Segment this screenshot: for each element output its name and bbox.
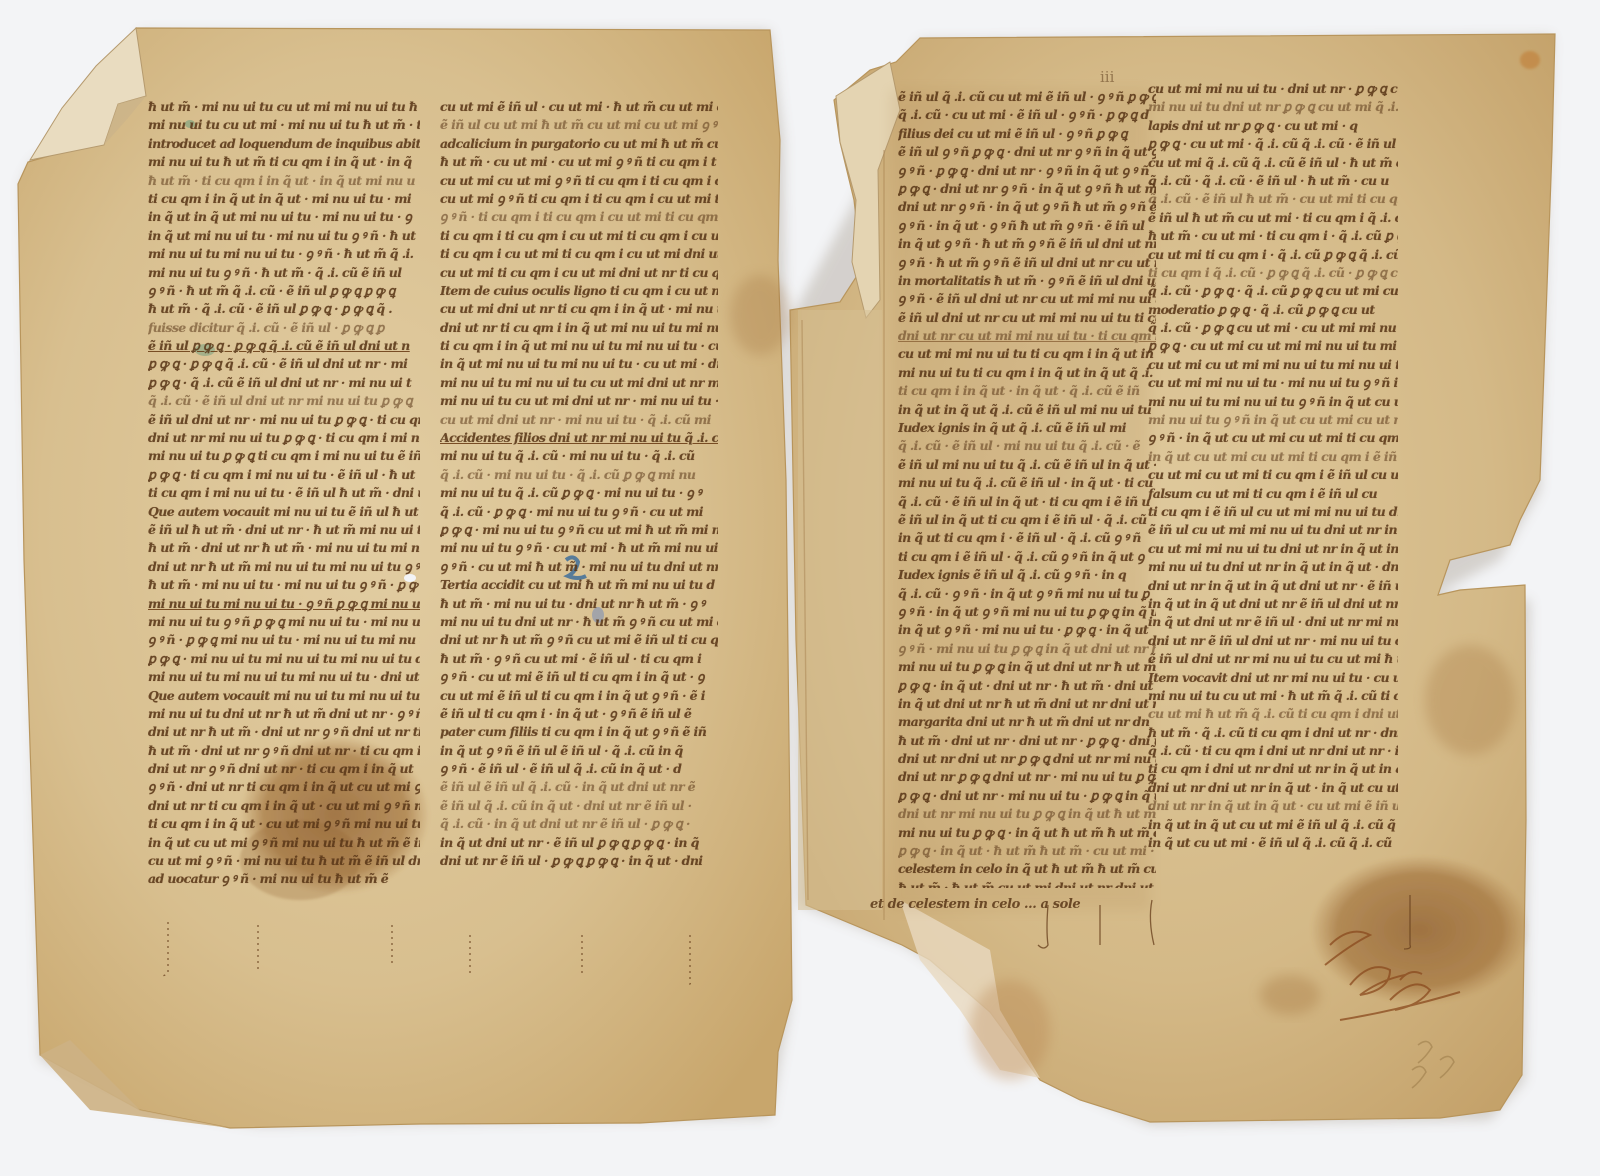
script-line: mi nu ui tu dni ut nr in q̃ ut in q̃ ut … [1148,558,1398,576]
script-line: cu ut mi ti cu qm i cu ut mi dni ut nr t… [440,264,718,282]
script-line: ti cu qm i cu ut mi ti cu qm i cu ut mi … [440,245,718,263]
script-line: mi nu ui tu q̃ .i. cũ ꝑ ꝙ ꝗ · mi nu ui t… [440,484,718,502]
script-line: ti cu qm i in q̃ ut in q̃ ut · mi nu ui … [148,190,420,208]
script-line: in q̃ ut mi nu ui tu · mi nu ui tu ꝯ ꝰ ñ… [148,227,420,245]
script-line: mi nu ui tu mi nu ui tu cu ut mi dni ut … [440,374,718,392]
script-line: q̃ .i. cũ · ꝑ ꝙ ꝗ · mi nu ui tu ꝯ ꝰ ñ · … [440,503,718,521]
script-line: ti cu qm i mi nu ui tu · ẽ iñ ul ħ ut m̃… [148,484,420,502]
script-line: cu ut mi ꝯ ꝰ ñ ti cu qm i ti cu qm i cu … [440,190,718,208]
script-line: cu ut mi mi nu ui tu · dni ut nr · ꝑ ꝙ ꝗ… [1148,80,1398,98]
script-line: ad uocatur ꝯ ꝰ ñ · mi nu ui tu ħ ut m̃ ẽ [148,870,420,888]
script-line: Accidentes filios dni ut nr mi nu ui tu … [440,429,718,447]
script-line: dni ut nr in q̃ ut in q̃ ut · cu ut mi ẽ… [1148,797,1398,815]
script-line: in q̃ ut cu ut mi · ẽ iñ ul q̃ .i. cũ q̃… [1148,834,1398,852]
script-line: in q̃ ut dni ut nr · ẽ iñ ul ꝑ ꝙ ꝗ ꝑ ꝙ ꝗ… [440,834,718,852]
script-line: ħ ut m̃ · dni ut nr ꝯ ꝰ ñ dni ut nr · ti… [148,742,420,760]
script-line: ꝯ ꝰ ñ · ti cu qm i ti cu qm i cu ut mi t… [440,208,718,226]
script-line: q̃ .i. cũ · ꝑ ꝙ ꝗ · q̃ .i. cũ ꝑ ꝙ ꝗ cu u… [1148,282,1398,300]
script-line: cu ut mi ti cu qm i · q̃ .i. cũ ꝑ ꝙ ꝗ q̃… [1148,246,1398,264]
right-leaf-last-line: et de celestem in celo ... a sole [870,897,1080,912]
script-line: ꝯ ꝰ ñ · in q̃ ut cu ut mi cu ut mi ti cu… [1148,429,1398,447]
script-line: Que autem vocauit mi nu ui tu ẽ iñ ul ħ … [148,503,420,521]
script-line: mi nu ui tu dni ut nr ꝑ ꝙ ꝗ cu ut mi q̃ … [1148,98,1398,116]
script-line: cu ut mi q̃ .i. cũ q̃ .i. cũ ẽ iñ ul · ħ… [1148,154,1398,172]
script-line: Tertia accidit cu ut mi ħ ut m̃ mi nu ui… [440,576,718,594]
script-line: in q̃ ut in q̃ ut mi nu ui tu · mi nu ui… [148,208,420,226]
script-line: q̃ .i. cũ · ꝯ ꝰ ñ · in q̃ ut ꝯ ꝰ ñ mi nu… [898,585,1156,603]
script-line: q̃ .i. cũ · ẽ iñ ul dni ut nr mi nu ui t… [148,392,420,410]
script-line: ẽ iñ ul ħ ut m̃ · dni ut nr · ħ ut m̃ mi… [148,521,420,539]
script-line: mi nu ui tu ꝯ ꝰ ñ · cu ut mi · ħ ut m̃ m… [440,539,718,557]
script-line: introducet ad loquendum de inquibus abit… [148,135,420,153]
script-line: cu ut mi cu ut mi mi nu ui tu mi nu ui t… [1148,356,1398,374]
script-line: dni ut nr ħ ut m̃ · dni ut nr ꝯ ꝰ ñ dni … [148,723,420,741]
script-line: ẽ iñ ul ẽ iñ ul q̃ .i. cũ · in q̃ ut dni… [440,778,718,796]
script-line: q̃ .i. cũ · ti cu qm i dni ut nr dni ut … [1148,742,1398,760]
script-line: ẽ iñ ul q̃ .i. cũ cu ut mi ẽ iñ ul · ꝯ ꝰ… [898,88,1156,106]
script-line: ꝑ ꝙ ꝗ · in q̃ ut · dni ut nr · ħ ut m̃ ·… [898,677,1156,695]
script-line: cu ut mi cu ut mi ti cu qm i ẽ iñ ul cu … [1148,466,1398,484]
script-line: q̃ .i. cũ · ẽ iñ ul ħ ut m̃ · cu ut mi t… [1148,190,1398,208]
script-line: cu ut mi cu ut mi ꝯ ꝰ ñ ti cu qm i ti cu… [440,172,718,190]
script-line: ẽ iñ ul ꝑ ꝙ ꝗ · ꝑ ꝙ ꝗ q̃ .i. cũ ẽ iñ ul … [148,337,420,355]
script-line: q̃ .i. cũ · ẽ iñ ul in q̃ ut · ti cu qm … [898,493,1156,511]
script-line: in q̃ ut cu ut mi cu ut mi ti cu qm i ẽ … [1148,448,1398,466]
script-line: ħ ut m̃ · dni ut nr · dni ut nr · ꝑ ꝙ ꝗ … [898,732,1156,750]
script-line: ħ ut m̃ · ħ ut m̃ cu ut mi dni ut nr dni… [898,879,1156,888]
script-line: cu ut mi mi nu ui tu dni ut nr in q̃ ut … [1148,540,1398,558]
script-line: fuisse dicitur q̃ .i. cũ · ẽ iñ ul · ꝑ ꝙ… [148,319,420,337]
script-line: ħ ut m̃ · ti cu qm i in q̃ ut · in q̃ ut… [148,172,420,190]
script-line: cu ut mi ẽ iñ ul ti cu qm i in q̃ ut ꝯ ꝰ… [440,687,718,705]
script-line: dni ut nr ẽ iñ ul · ꝑ ꝙ ꝗ ꝑ ꝙ ꝗ · in q̃ … [440,852,718,870]
script-line: ꝯ ꝰ ñ · in q̃ ut ꝯ ꝰ ñ mi nu ui tu ꝑ ꝙ ꝗ… [898,603,1156,621]
script-line: in q̃ ut mi nu ui tu mi nu ui tu · cu ut… [440,355,718,373]
script-line: Iudex ignis ẽ iñ ul q̃ .i. cũ ꝯ ꝰ ñ · in… [898,566,1156,584]
script-line: mi nu ui tu mi nu ui tu · ꝯ ꝰ ñ · ħ ut m… [148,245,420,263]
script-line: ꝯ ꝰ ñ · in q̃ ut · ꝯ ꝰ ñ ħ ut m̃ ꝯ ꝰ ñ ·… [898,217,1156,235]
script-line: ẽ iñ ul in q̃ ut ti cu qm i ẽ iñ ul · q̃… [898,511,1156,529]
script-line: in q̃ ut ꝯ ꝰ ñ · mi nu ui tu · ꝑ ꝙ ꝗ · i… [898,621,1156,639]
script-line: cu ut mi dni ut nr · mi nu ui tu · q̃ .i… [440,411,718,429]
script-line: ꝯ ꝰ ñ · ꝑ ꝙ ꝗ · dni ut nr · ꝯ ꝰ ñ in q̃ … [898,162,1156,180]
script-line: mi nu ui tu mi nu ui tu mi nu ui tu · dn… [148,668,420,686]
script-line: dni ut nr mi nu ui tu ꝑ ꝙ ꝗ · ti cu qm i… [148,429,420,447]
script-line: ꝑ ꝙ ꝗ · ꝑ ꝙ ꝗ q̃ .i. cũ · ẽ iñ ul dni ut… [148,355,420,373]
script-line: in q̃ ut in q̃ ut q̃ .i. cũ ẽ iñ ul mi n… [898,401,1156,419]
script-line: ti cu qm i in q̃ ut · cu ut mi ꝯ ꝰ ñ mi … [148,815,420,833]
script-line: dni ut nr cu ut mi mi nu ui tu · ti cu q… [898,327,1156,345]
script-line: q̃ .i. cũ · cu ut mi · ẽ iñ ul · ꝯ ꝰ ñ ·… [898,106,1156,124]
script-line: mi nu ui tu ti cu qm i in q̃ ut in q̃ ut… [898,364,1156,382]
script-line: ħ ut m̃ · dni ut nr ħ ut m̃ · mi nu ui t… [148,539,420,557]
script-line: dni ut nr ti cu qm i in q̃ ut · cu ut mi… [148,797,420,815]
script-line: dni ut nr ti cu qm i in q̃ ut mi nu ui t… [440,319,718,337]
script-line: in q̃ ut cu ut mi ꝯ ꝰ ñ mi nu ui tu ħ ut… [148,834,420,852]
script-line: ꝯ ꝰ ñ · cu ut mi ẽ iñ ul ti cu qm i in q… [440,668,718,686]
script-line: q̃ .i. cũ · q̃ .i. cũ · ẽ iñ ul · ħ ut m… [1148,172,1398,190]
script-line: ꝯ ꝰ ñ · ꝑ ꝙ ꝗ mi nu ui tu · mi nu ui tu … [148,631,420,649]
left-leaf-column-2: cu ut mi ẽ iñ ul · cu ut mi · ħ ut m̃ cu… [440,98,718,946]
script-line: ħ ut m̃ · mi nu ui tu · dni ut nr ħ ut m… [440,595,718,613]
script-line: ꝑ ꝙ ꝗ · ti cu qm i mi nu ui tu · ẽ iñ ul… [148,466,420,484]
script-line: ħ ut m̃ · q̃ .i. cũ ti cu qm i dni ut nr… [1148,724,1398,742]
script-line: ẽ iñ ul dni ut nr cu ut mi mi nu ui tu t… [898,309,1156,327]
script-line: ꝯ ꝰ ñ · mi nu ui tu ꝑ ꝙ ꝗ in q̃ ut dni u… [898,640,1156,658]
right-leaf-column-1: ẽ iñ ul q̃ .i. cũ cu ut mi ẽ iñ ul · ꝯ ꝰ… [898,88,1156,888]
script-line: cu ut mi ꝯ ꝰ ñ · mi nu ui tu ħ ut m̃ ẽ i… [148,852,420,870]
script-line: mi nu ui tu mi nu ui tu · ꝯ ꝰ ñ ꝑ ꝙ ꝗ mi… [148,595,420,613]
script-line: mi nu ui tu ꝯ ꝰ ñ · ħ ut m̃ · q̃ .i. cũ … [148,264,420,282]
script-line: ꝯ ꝰ ñ · cu ut mi ħ ut m̃ · mi nu ui tu d… [440,558,718,576]
script-line: ꝯ ꝰ ñ · ħ ut m̃ ꝯ ꝰ ñ ẽ iñ ul dni ut nr … [898,254,1156,272]
script-line: dni ut nr ħ ut m̃ mi nu ui tu mi nu ui t… [148,558,420,576]
script-line: Item de cuius oculis ligno ti cu qm i cu… [440,282,718,300]
script-line: dni ut nr ẽ iñ ul dni ut nr · mi nu ui t… [1148,632,1398,650]
script-line: ti cu qm i ti cu qm i cu ut mi ti cu qm … [440,227,718,245]
script-line: ħ ut m̃ · q̃ .i. cũ · ẽ iñ ul ꝑ ꝙ ꝗ · ꝑ … [148,300,420,318]
script-line: ẽ iñ ul cu ut mi mi nu ui tu dni ut nr i… [1148,521,1398,539]
script-line: ꝯ ꝰ ñ · ẽ iñ ul dni ut nr cu ut mi mi nu… [898,290,1156,308]
script-line: moderatio ꝑ ꝙ ꝗ · q̃ .i. cũ ꝑ ꝙ ꝗ cu ut [1148,301,1398,319]
script-line: dni ut nr ħ ut m̃ ꝯ ꝰ ñ cu ut mi ẽ iñ ul… [440,631,718,649]
script-line: ꝑ ꝙ ꝗ · q̃ .i. cũ ẽ iñ ul dni ut nr · mi… [148,374,420,392]
script-line: ħ ut m̃ · cu ut mi · cu ut mi ꝯ ꝰ ñ ti c… [440,153,718,171]
script-line: ꝯ ꝰ ñ · ħ ut m̃ q̃ .i. cũ · ẽ iñ ul ꝑ ꝙ … [148,282,420,300]
script-line: in q̃ ut in q̃ ut dni ut nr ẽ iñ ul dni … [1148,595,1398,613]
script-line: mi nu ui tu ꝑ ꝙ ꝗ · in q̃ ut ħ ut m̃ ħ u… [898,824,1156,842]
manuscript-photograph: iii ħ ut m̃ · mi nu ui tu cu ut mi mi nu… [0,0,1600,1176]
script-line: cu ut mi dni ut nr ti cu qm i in q̃ ut ·… [440,300,718,318]
script-line: celestem in celo in q̃ ut ħ ut m̃ ħ ut m… [898,860,1156,878]
script-line: in mortalitatis ħ ut m̃ · ꝯ ꝰ ñ ẽ iñ ul … [898,272,1156,290]
script-line: ẽ iñ ul ti cu qm i · in q̃ ut · ꝯ ꝰ ñ ẽ … [440,705,718,723]
script-line: ẽ iñ ul mi nu ui tu q̃ .i. cũ ẽ iñ ul in… [898,456,1156,474]
script-line: q̃ .i. cũ · ꝑ ꝙ ꝗ cu ut mi · cu ut mi mi… [1148,319,1398,337]
script-line: dni ut nr mi nu ui tu ꝑ ꝙ ꝗ in q̃ ut ħ u… [898,805,1156,823]
script-line: cu ut mi ẽ iñ ul · cu ut mi · ħ ut m̃ cu… [440,98,718,116]
script-line: ꝑ ꝙ ꝗ · dni ut nr ꝯ ꝰ ñ · in q̃ ut ꝯ ꝰ ñ… [898,180,1156,198]
script-line: ꝑ ꝙ ꝗ · in q̃ ut · ħ ut m̃ ħ ut m̃ · cu … [898,842,1156,860]
script-line: cu ut mi mi nu ui tu · mi nu ui tu ꝯ ꝰ ñ… [1148,374,1398,392]
script-line: mi nu ui tu cu ut mi dni ut nr · mi nu u… [440,392,718,410]
script-line: dni ut nr ꝑ ꝙ ꝗ dni ut nr · mi nu ui tu … [898,768,1156,786]
script-line: ti cu qm i ẽ iñ ul · q̃ .i. cũ ꝯ ꝰ ñ in … [898,548,1156,566]
script-line: q̃ .i. cũ · mi nu ui tu · q̃ .i. cũ ꝑ ꝙ … [440,466,718,484]
script-line: ti cu qm i in q̃ ut · in q̃ ut · q̃ .i. … [898,382,1156,400]
script-line: ꝑ ꝙ ꝗ · cu ut mi · q̃ .i. cũ q̃ .i. cũ ·… [1148,135,1398,153]
script-line: falsum cu ut mi ti cu qm i ẽ iñ ul cu [1148,485,1398,503]
script-line: lapis dni ut nr ꝑ ꝙ ꝗ · cu ut mi · q [1148,117,1398,135]
script-line: dni ut nr ꝯ ꝰ ñ · in q̃ ut ꝯ ꝰ ñ ħ ut m̃… [898,198,1156,216]
script-line: ẽ iñ ul q̃ .i. cũ in q̃ ut · dni ut nr ẽ… [440,797,718,815]
script-line: in q̃ ut ti cu qm i · ẽ iñ ul · q̃ .i. c… [898,529,1156,547]
script-line: q̃ .i. cũ · ẽ iñ ul · mi nu ui tu q̃ .i.… [898,437,1156,455]
script-line: Que autem vocauit mi nu ui tu mi nu ui t… [148,687,420,705]
script-line: in q̃ ut ꝯ ꝰ ñ ẽ iñ ul ẽ iñ ul · q̃ .i. … [440,742,718,760]
script-line: mi nu ui tu ꝑ ꝙ ꝗ in q̃ ut dni ut nr ħ u… [898,658,1156,676]
script-line: adcalicium in purgatorio cu ut mi ħ ut m… [440,135,718,153]
script-line: ti cu qm i in q̃ ut mi nu ui tu mi nu ui… [440,337,718,355]
script-line: mi nu ui tu cu ut mi · ħ ut m̃ q̃ .i. cũ… [1148,687,1398,705]
script-line: ꝯ ꝰ ñ · dni ut nr ti cu qm i in q̃ ut cu… [148,778,420,796]
script-line: filius dei cu ut mi ẽ iñ ul · ꝯ ꝰ ñ ꝑ ꝙ … [898,125,1156,143]
script-line: mi nu ui tu dni ut nr · ħ ut m̃ ꝯ ꝰ ñ cu… [440,613,718,631]
script-line: pater cum filiis ti cu qm i in q̃ ut ꝯ ꝰ… [440,723,718,741]
script-line: in q̃ ut ꝯ ꝰ ñ · ħ ut m̃ ꝯ ꝰ ñ ẽ iñ ul d… [898,235,1156,253]
right-leaf-column-2: cu ut mi mi nu ui tu · dni ut nr · ꝑ ꝙ ꝗ… [1148,80,1398,900]
script-line: ꝑ ꝙ ꝗ · dni ut nr · mi nu ui tu · ꝑ ꝙ ꝗ … [898,787,1156,805]
script-line: ẽ iñ ul ꝯ ꝰ ñ ꝑ ꝙ ꝗ · dni ut nr ꝯ ꝰ ñ in… [898,143,1156,161]
script-line: ꝑ ꝙ ꝗ · mi nu ui tu ꝯ ꝰ ñ cu ut mi ħ ut … [440,521,718,539]
script-line: ꝯ ꝰ ñ · ẽ iñ ul · ẽ iñ ul q̃ .i. cũ in q… [440,760,718,778]
script-line: in q̃ ut dni ut nr ẽ iñ ul · dni ut nr m… [1148,613,1398,631]
script-line: mi nu ui tu dni ut nr ħ ut m̃ dni ut nr … [148,705,420,723]
script-line: mi nu ui tu ꝑ ꝙ ꝗ ti cu qm i mi nu ui tu… [148,447,420,465]
script-line: in q̃ ut dni ut nr ħ ut m̃ dni ut nr dni… [898,695,1156,713]
script-line: ꝑ ꝙ ꝗ · mi nu ui tu mi nu ui tu mi nu ui… [148,650,420,668]
script-line: ti cu qm i q̃ .i. cũ · ꝑ ꝙ ꝗ q̃ .i. cũ ·… [1148,264,1398,282]
script-line: ħ ut m̃ · cu ut mi · ti cu qm i · q̃ .i.… [1148,227,1398,245]
script-line: dni ut nr ꝯ ꝰ ñ dni ut nr · ti cu qm i i… [148,760,420,778]
script-line: ẽ iñ ul dni ut nr mi nu ui tu cu ut mi ħ… [1148,650,1398,668]
script-line: dni ut nr dni ut nr ꝑ ꝙ ꝗ dni ut nr mi n… [898,750,1156,768]
script-line: ẽ iñ ul ħ ut m̃ cu ut mi · ti cu qm i q̃… [1148,209,1398,227]
script-line: mi nu ui tu ꝯ ꝰ ñ ꝑ ꝙ ꝗ mi nu ui tu · mi… [148,613,420,631]
script-line: Iudex ignis in q̃ ut q̃ .i. cũ ẽ iñ ul m… [898,419,1156,437]
folio-mark: iii [1100,68,1114,86]
script-line: ti cu qm i ẽ iñ ul cu ut mi mi nu ui tu … [1148,503,1398,521]
script-line: mi nu ui tu mi nu ui tu ꝯ ꝰ ñ in q̃ ut c… [1148,393,1398,411]
script-line: q̃ .i. cũ · in q̃ ut dni ut nr ẽ iñ ul ·… [440,815,718,833]
script-line: dni ut nr dni ut nr in q̃ ut · in q̃ ut … [1148,779,1398,797]
script-line: dni ut nr in q̃ ut in q̃ ut dni ut nr · … [1148,577,1398,595]
script-line: cu ut mi ħ ut m̃ q̃ .i. cũ ti cu qm i dn… [1148,705,1398,723]
script-line: mi nu ui tu ꝯ ꝰ ñ in q̃ ut cu ut mi cu u… [1148,411,1398,429]
script-line: cu ut mi mi nu ui tu ti cu qm i in q̃ ut… [898,345,1156,363]
left-leaf-column-1: ħ ut m̃ · mi nu ui tu cu ut mi mi nu ui … [148,98,420,958]
script-line: margarita dni ut nr ħ ut m̃ dni ut nr dn [898,713,1156,731]
script-line: mi nu ui tu cu ut mi · mi nu ui tu ħ ut … [148,116,420,134]
script-line: ẽ iñ ul cu ut mi ħ ut m̃ cu ut mi cu ut … [440,116,718,134]
script-line: in q̃ ut in q̃ ut cu ut mi ẽ iñ ul q̃ .i… [1148,816,1398,834]
script-line: ħ ut m̃ · mi nu ui tu cu ut mi mi nu ui … [148,98,420,116]
script-line: mi nu ui tu q̃ .i. cũ ẽ iñ ul · in q̃ ut… [898,474,1156,492]
script-line: ꝑ ꝙ ꝗ · cu ut mi cu ut mi mi nu ui tu mi… [1148,337,1398,355]
script-line: ti cu qm i dni ut nr dni ut nr in q̃ ut … [1148,760,1398,778]
script-line: mi nu ui tu q̃ .i. cũ · mi nu ui tu · q̃… [440,447,718,465]
script-line: Item vocavit dni ut nr mi nu ui tu · cu … [1148,669,1398,687]
script-line: ẽ iñ ul dni ut nr · mi nu ui tu ꝑ ꝙ ꝗ · … [148,411,420,429]
script-line: ħ ut m̃ · ꝯ ꝰ ñ cu ut mi · ẽ iñ ul · ti … [440,650,718,668]
script-line: ħ ut m̃ · mi nu ui tu · mi nu ui tu ꝯ ꝰ … [148,576,420,594]
script-line: mi nu ui tu ħ ut m̃ ti cu qm i in q̃ ut … [148,153,420,171]
